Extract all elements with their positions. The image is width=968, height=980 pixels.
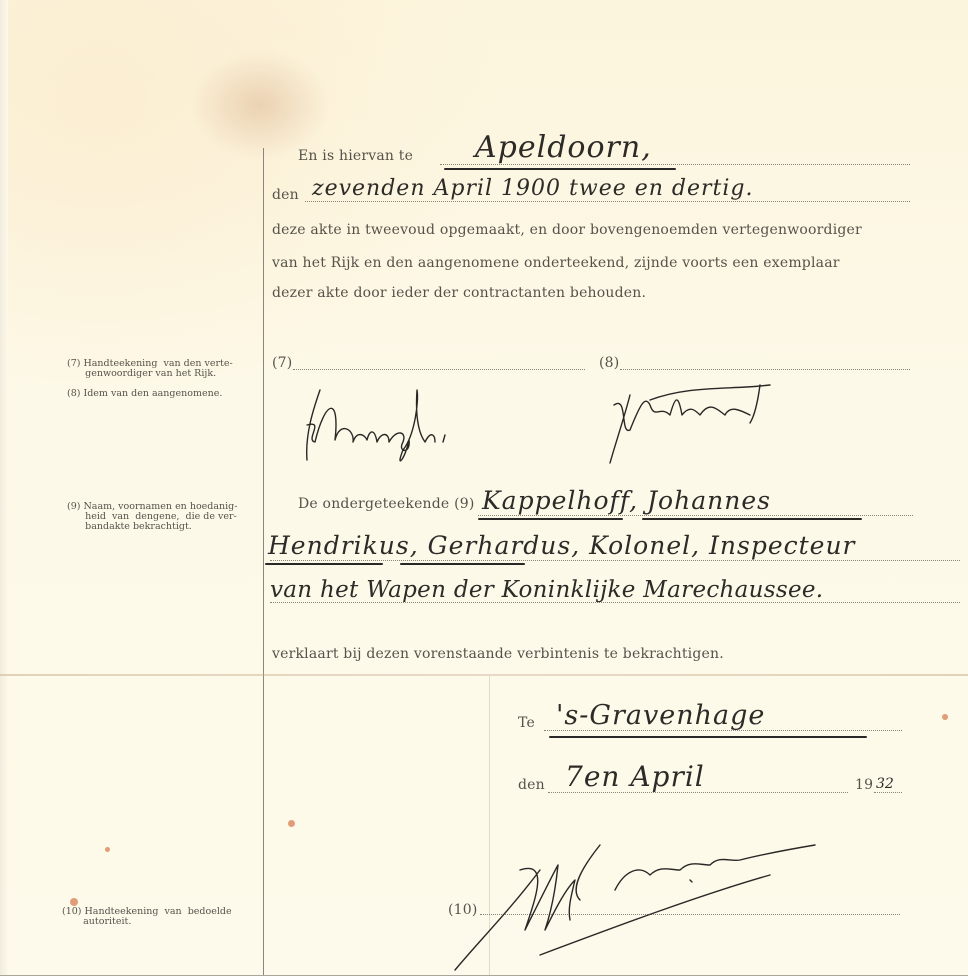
date-label: den bbox=[272, 187, 299, 203]
date-handwritten: zevenden April 1900 twee en dertig. bbox=[312, 176, 753, 201]
ratification-handwritten-3: van het Wapen der Koninklijke Marechauss… bbox=[270, 577, 823, 603]
year-field-line bbox=[874, 792, 902, 793]
year-handwritten: 32 bbox=[876, 776, 894, 792]
ratification-underline-2b bbox=[400, 563, 525, 565]
field-8-label: (8) bbox=[599, 355, 619, 371]
ratification-handwritten-1: Kappelhoff, Johannes bbox=[482, 486, 771, 515]
margin-note-8: (8) Idem van den aangenomene. bbox=[67, 389, 222, 399]
ratification-underline-1b bbox=[642, 518, 862, 520]
field-8-line bbox=[620, 369, 910, 370]
ratification-line-2 bbox=[270, 560, 960, 561]
place-label: En is hiervan te bbox=[298, 148, 413, 164]
ratification-label: De ondergeteekende (9) bbox=[298, 496, 475, 512]
den-handwritten: 7en April bbox=[565, 760, 705, 793]
den-label: den bbox=[518, 777, 545, 793]
stain-spot bbox=[105, 847, 110, 852]
signature-7 bbox=[285, 380, 485, 470]
margin-note-9: (9) Naam, voornamen en hoedanig- heid va… bbox=[67, 502, 237, 532]
place-handwritten: Apeldoorn, bbox=[475, 130, 652, 165]
stain-spot bbox=[942, 714, 948, 720]
te-label: Te bbox=[518, 715, 535, 731]
ratification-line-1 bbox=[478, 515, 913, 516]
ratification-underline-1a bbox=[478, 518, 623, 520]
signature-10 bbox=[440, 840, 870, 975]
body-line-1: deze akte in tweevoud opgemaakt, en door… bbox=[272, 222, 862, 238]
place-underline bbox=[444, 168, 676, 170]
te-handwritten: 's-Gravenhage bbox=[556, 700, 765, 731]
field-7-label: (7) bbox=[272, 355, 292, 371]
margin-note-7: (7) Handteekening van den verte- genwoor… bbox=[67, 359, 233, 379]
te-underline bbox=[549, 736, 867, 738]
page-left-edge bbox=[0, 0, 8, 975]
body-line-3: dezer akte door ieder der contractanten … bbox=[272, 285, 646, 301]
ratification-closing: verklaart bij dezen vorenstaande verbint… bbox=[272, 646, 724, 662]
ratification-handwritten-2: Hendrikus, Gerhardus, Kolonel, Inspecteu… bbox=[268, 531, 856, 560]
stain-spot bbox=[70, 898, 78, 906]
signature-8 bbox=[600, 375, 780, 470]
ratification-underline-2a bbox=[265, 563, 383, 565]
year-prefix: 19 bbox=[855, 777, 873, 793]
page-bottom-edge bbox=[0, 975, 968, 980]
horizontal-fold-line bbox=[0, 674, 968, 676]
field-7-line bbox=[293, 369, 585, 370]
margin-note-10: (10) Handteekening van bedoelde autorite… bbox=[62, 907, 232, 927]
body-line-2: van het Rijk en den aangenomene ondertee… bbox=[272, 255, 840, 271]
stain-spot bbox=[288, 820, 295, 827]
margin-rule bbox=[263, 148, 264, 975]
date-field-line bbox=[305, 201, 910, 202]
